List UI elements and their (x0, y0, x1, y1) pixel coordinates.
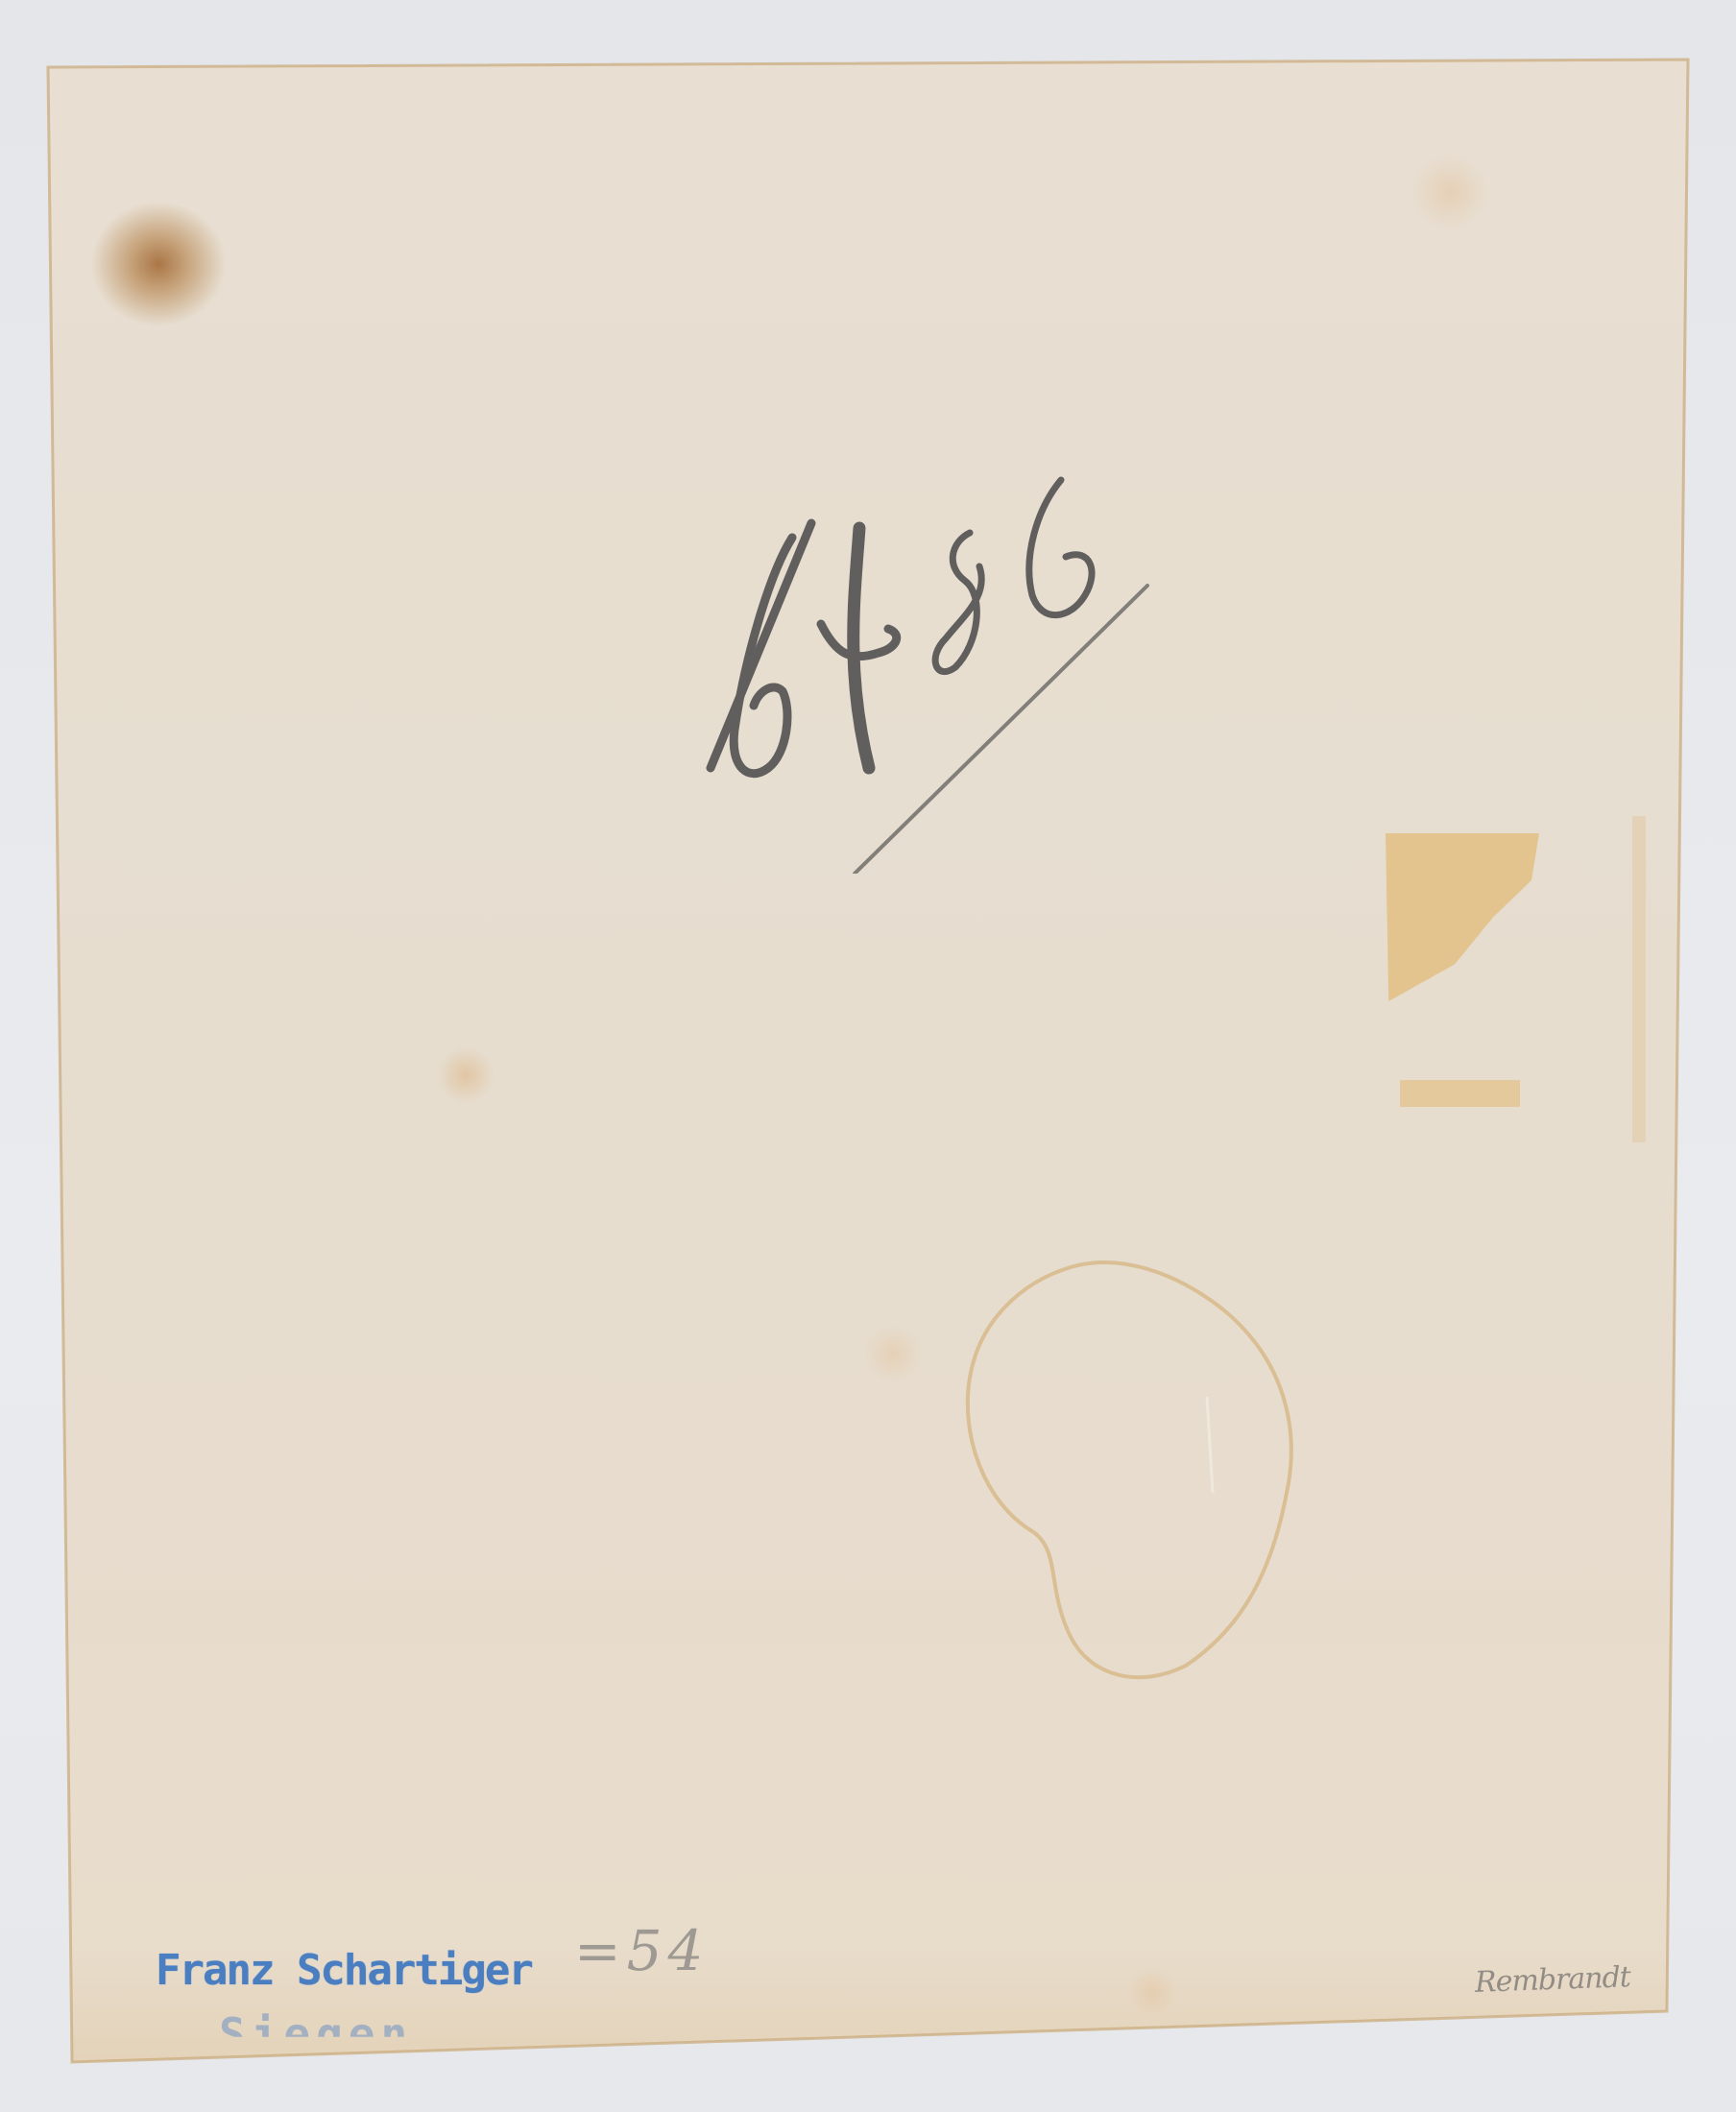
paper-card (0, 0, 1736, 2112)
tape-edge-strip (1632, 816, 1646, 1142)
inventory-number-text: 6486 (691, 451, 694, 452)
owner-stamp-name: Franz Schartiger (156, 1946, 532, 1995)
pencil-attribution: Rembrandt (1474, 1960, 1630, 2000)
handwritten-inventory-number: 6486 (691, 451, 1229, 874)
tape-residue-strip (1400, 1080, 1520, 1107)
pencil-annotation-number: =54 (574, 1918, 709, 1983)
water-ring-stain (955, 1243, 1301, 1685)
